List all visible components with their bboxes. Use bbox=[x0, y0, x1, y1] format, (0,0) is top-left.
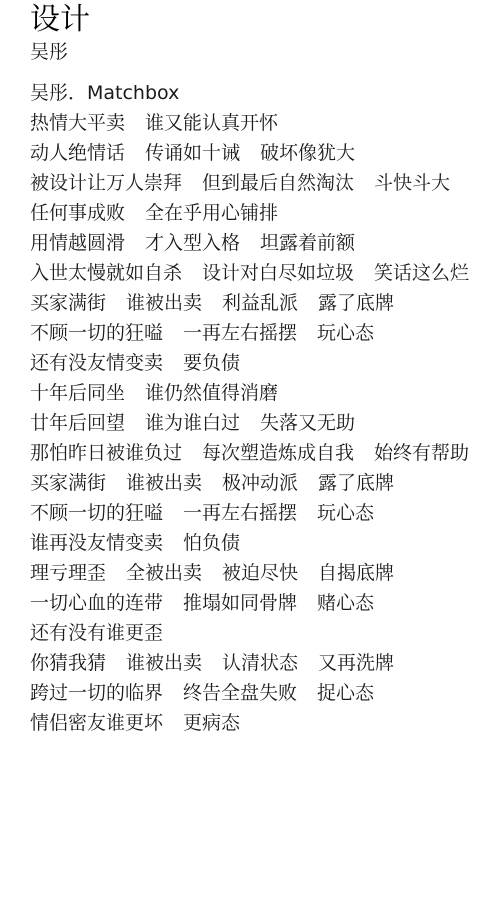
lyric-phrase: 情侣密友谁更坏 bbox=[30, 712, 163, 734]
lyric-line: 那怕昨日被谁负过每次塑造炼成自我始终有帮助 bbox=[30, 438, 469, 468]
lyric-line: 一切心血的连带推塌如同骨牌赌心态 bbox=[30, 588, 469, 618]
lyric-phrase: 任何事成败 bbox=[30, 202, 125, 224]
lyric-phrase: 吴彤．Matchbox bbox=[30, 82, 179, 104]
lyric-line: 还有没有谁更歪 bbox=[30, 618, 469, 648]
lyric-phrase: 那怕昨日被谁负过 bbox=[30, 442, 182, 464]
lyric-phrase: 捉心态 bbox=[317, 682, 374, 704]
lyric-phrase: 买家满街 bbox=[30, 472, 106, 494]
lyric-line: 十年后同坐谁仍然值得消磨 bbox=[30, 378, 469, 408]
lyric-phrase: 不顾一切的狂嗌 bbox=[30, 502, 163, 524]
lyric-phrase: 设计对白尽如垃圾 bbox=[202, 262, 354, 284]
lyric-phrase: 认清状态 bbox=[222, 652, 298, 674]
lyric-line: 用情越圆滑才入型入格坦露着前额 bbox=[30, 228, 469, 258]
lyric-phrase: 谁仍然值得消磨 bbox=[145, 382, 278, 404]
lyric-line: 不顾一切的狂嗌一再左右摇摆玩心态 bbox=[30, 498, 469, 528]
lyric-phrase: 终告全盘失败 bbox=[183, 682, 297, 704]
lyric-line: 买家满街谁被出卖极冲动派露了底牌 bbox=[30, 468, 469, 498]
lyric-phrase: 理亏理歪 bbox=[30, 562, 106, 584]
lyric-phrase: 入世太慢就如自杀 bbox=[30, 262, 182, 284]
lyric-phrase: 露了底牌 bbox=[318, 292, 394, 314]
lyric-phrase: 破坏像犹大 bbox=[260, 142, 355, 164]
lyric-phrase: 用情越圆滑 bbox=[30, 232, 125, 254]
lyric-phrase: 赌心态 bbox=[317, 592, 374, 614]
lyric-phrase: 自揭底牌 bbox=[318, 562, 394, 584]
lyric-phrase: 失落又无助 bbox=[260, 412, 355, 434]
lyric-line: 还有没友情变卖要负债 bbox=[30, 348, 469, 378]
lyric-phrase: 但到最后自然淘汰 bbox=[202, 172, 354, 194]
lyric-phrase: 始终有帮助 bbox=[374, 442, 469, 464]
song-title: 设计 bbox=[30, 2, 90, 38]
lyric-phrase: 谁再没友情变卖 bbox=[30, 532, 163, 554]
lyric-phrase: 笑话这么烂 bbox=[374, 262, 469, 284]
lyric-phrase: 玩心态 bbox=[317, 502, 374, 524]
lyric-line: 不顾一切的狂嗌一再左右摇摆玩心态 bbox=[30, 318, 469, 348]
lyric-phrase: 十年后同坐 bbox=[30, 382, 125, 404]
lyric-line: 动人绝情话传诵如十诫破坏像犹大 bbox=[30, 138, 469, 168]
lyric-line: 吴彤．Matchbox bbox=[30, 78, 469, 108]
lyric-phrase: 买家满街 bbox=[30, 292, 106, 314]
lyric-line: 跨过一切的临界终告全盘失败捉心态 bbox=[30, 678, 469, 708]
song-artist: 吴彤 bbox=[30, 39, 68, 65]
lyric-line: 被设计让万人崇拜但到最后自然淘汰斗快斗大 bbox=[30, 168, 469, 198]
lyric-phrase: 热情大平卖 bbox=[30, 112, 125, 134]
lyric-phrase: 动人绝情话 bbox=[30, 142, 125, 164]
lyric-phrase: 露了底牌 bbox=[318, 472, 394, 494]
lyric-line: 理亏理歪全被出卖被迫尽快自揭底牌 bbox=[30, 558, 469, 588]
lyric-phrase: 你猜我猜 bbox=[30, 652, 106, 674]
lyric-phrase: 又再洗牌 bbox=[318, 652, 394, 674]
lyric-line: 入世太慢就如自杀设计对白尽如垃圾笑话这么烂 bbox=[30, 258, 469, 288]
lyric-phrase: 极冲动派 bbox=[222, 472, 298, 494]
lyric-phrase: 谁被出卖 bbox=[126, 652, 202, 674]
lyric-line: 谁再没友情变卖怕负债 bbox=[30, 528, 469, 558]
lyric-phrase: 谁又能认真开怀 bbox=[145, 112, 278, 134]
lyric-phrase: 一再左右摇摆 bbox=[183, 502, 297, 524]
lyric-phrase: 要负债 bbox=[183, 352, 240, 374]
lyric-phrase: 全在乎用心铺排 bbox=[145, 202, 278, 224]
lyric-phrase: 跨过一切的临界 bbox=[30, 682, 163, 704]
lyric-phrase: 玩心态 bbox=[317, 322, 374, 344]
lyric-line: 情侣密友谁更坏更病态 bbox=[30, 708, 469, 738]
lyric-phrase: 更病态 bbox=[183, 712, 240, 734]
lyric-line: 你猜我猜谁被出卖认清状态又再洗牌 bbox=[30, 648, 469, 678]
lyric-phrase: 被设计让万人崇拜 bbox=[30, 172, 182, 194]
lyric-phrase: 谁被出卖 bbox=[126, 472, 202, 494]
lyric-phrase: 谁为谁白过 bbox=[145, 412, 240, 434]
lyric-phrase: 一再左右摇摆 bbox=[183, 322, 297, 344]
lyric-phrase: 还有没友情变卖 bbox=[30, 352, 163, 374]
lyric-phrase: 每次塑造炼成自我 bbox=[202, 442, 354, 464]
lyric-phrase: 一切心血的连带 bbox=[30, 592, 163, 614]
lyric-phrase: 全被出卖 bbox=[126, 562, 202, 584]
lyric-line: 热情大平卖谁又能认真开怀 bbox=[30, 108, 469, 138]
lyrics-list: 吴彤．Matchbox热情大平卖谁又能认真开怀动人绝情话传诵如十诫破坏像犹大被设… bbox=[30, 78, 469, 738]
lyric-phrase: 廿年后回望 bbox=[30, 412, 125, 434]
lyric-line: 买家满街谁被出卖利益乱派露了底牌 bbox=[30, 288, 469, 318]
lyric-phrase: 还有没有谁更歪 bbox=[30, 622, 163, 644]
lyric-phrase: 怕负债 bbox=[183, 532, 240, 554]
lyric-line: 任何事成败全在乎用心铺排 bbox=[30, 198, 469, 228]
lyric-phrase: 才入型入格 bbox=[145, 232, 240, 254]
lyric-phrase: 利益乱派 bbox=[222, 292, 298, 314]
lyric-phrase: 推塌如同骨牌 bbox=[183, 592, 297, 614]
lyric-phrase: 不顾一切的狂嗌 bbox=[30, 322, 163, 344]
lyric-phrase: 坦露着前额 bbox=[260, 232, 355, 254]
lyric-phrase: 传诵如十诫 bbox=[145, 142, 240, 164]
lyric-line: 廿年后回望谁为谁白过失落又无助 bbox=[30, 408, 469, 438]
lyric-phrase: 谁被出卖 bbox=[126, 292, 202, 314]
lyric-phrase: 斗快斗大 bbox=[374, 172, 450, 194]
lyric-phrase: 被迫尽快 bbox=[222, 562, 298, 584]
